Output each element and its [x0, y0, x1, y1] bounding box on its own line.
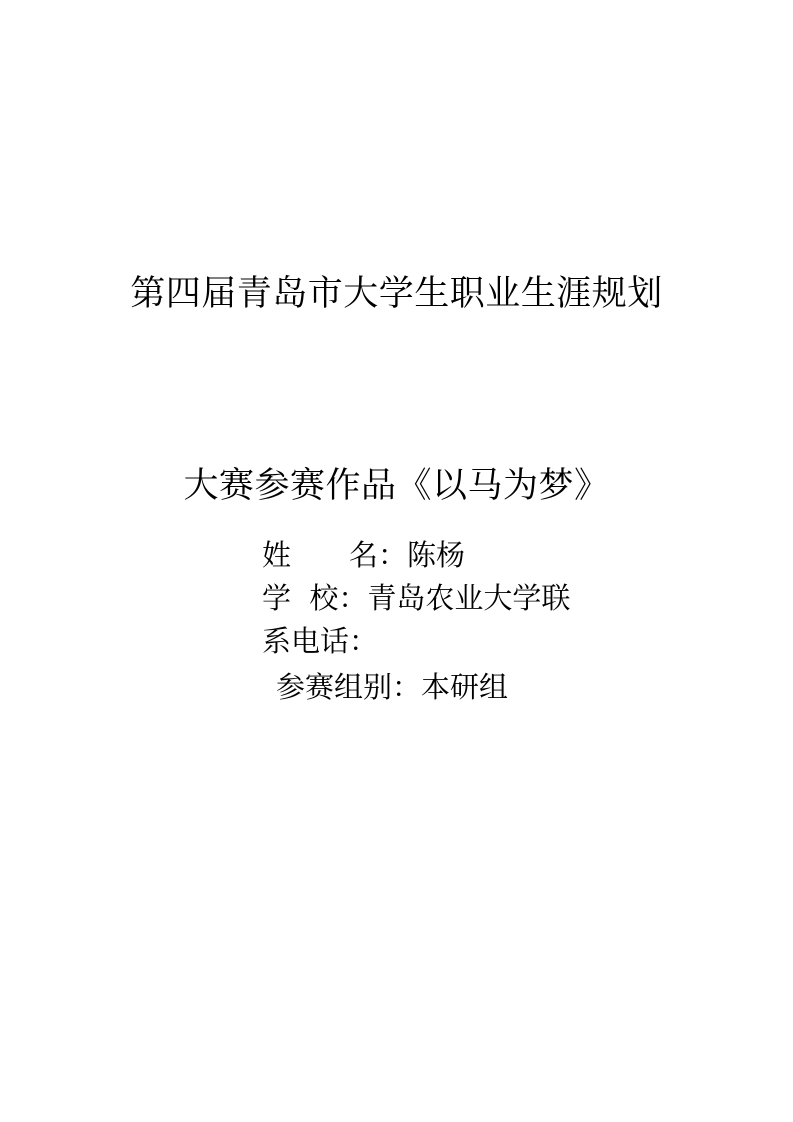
- title-line-2: 大赛参赛作品《以马为梦》: [0, 454, 793, 518]
- title-line-1: 第四届青岛市大学生职业生涯规划: [0, 262, 793, 326]
- name-line: 姓 名：陈杨: [262, 534, 570, 577]
- document-page: 第四届青岛市大学生职业生涯规划 大赛参赛作品《以马为梦》 姓 名：陈杨 学 校：…: [0, 0, 793, 1122]
- entrant-info-block: 姓 名：陈杨 学 校：青岛农业大学联 系电话： 参赛组别：本研组: [262, 534, 570, 709]
- school-line: 学 校：青岛农业大学联: [262, 577, 570, 620]
- contest-group-line: 参赛组别：本研组: [262, 666, 570, 709]
- phone-line-wrapped: 系电话：: [262, 620, 570, 663]
